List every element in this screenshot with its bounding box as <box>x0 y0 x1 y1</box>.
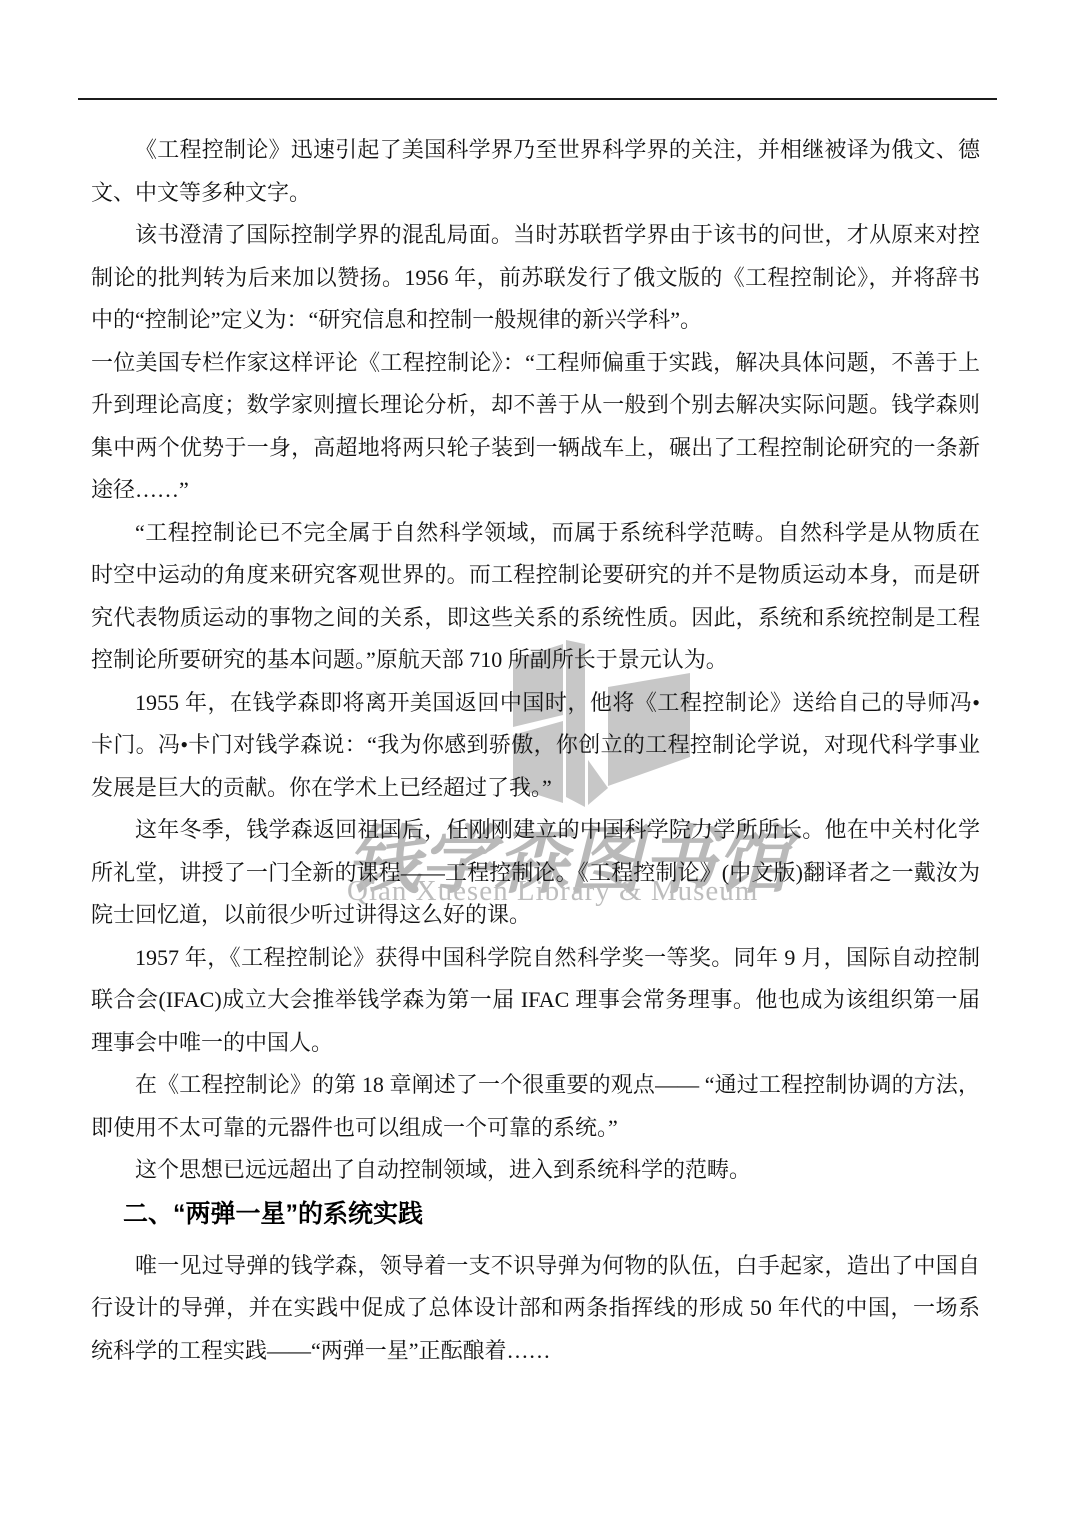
paragraph: 1957 年，《工程控制论》获得中国科学院自然科学奖一等奖。同年 9 月，国际自… <box>91 937 980 1065</box>
document-body: 《工程控制论》迅速引起了美国科学界乃至世界科学界的关注，并相继被译为俄文、德文、… <box>91 129 980 1372</box>
header-rule <box>78 98 997 100</box>
document-page: 钱学森图书馆 Qian Xuesen Library & Museum 《工程控… <box>0 0 1074 1520</box>
paragraph: 一位美国专栏作家这样评论《工程控制论》：“工程师偏重于实践，解决具体问题，不善于… <box>91 342 980 512</box>
paragraph: 《工程控制论》迅速引起了美国科学界乃至世界科学界的关注，并相继被译为俄文、德文、… <box>91 129 980 214</box>
paragraph: “工程控制论已不完全属于自然科学领域，而属于系统科学范畴。自然科学是从物质在时空… <box>91 512 980 682</box>
paragraph: 1955 年，在钱学森即将离开美国返回中国时，他将《工程控制论》送给自己的导师冯… <box>91 682 980 810</box>
section-heading: 二、“两弹一星”的系统实践 <box>91 1194 980 1234</box>
paragraph: 唯一见过导弹的钱学森，领导着一支不识导弹为何物的队伍，白手起家，造出了中国自行设… <box>91 1245 980 1373</box>
paragraph: 在《工程控制论》的第 18 章阐述了一个很重要的观点—— “通过工程控制协调的方… <box>91 1064 980 1149</box>
paragraph: 该书澄清了国际控制学界的混乱局面。当时苏联哲学界由于该书的问世，才从原来对控制论… <box>91 214 980 342</box>
paragraph: 这个思想已远远超出了自动控制领域，进入到系统科学的范畴。 <box>91 1149 980 1192</box>
paragraph: 这年冬季，钱学森返回祖国后，任刚刚建立的中国科学院力学所所长。他在中关村化学所礼… <box>91 809 980 937</box>
